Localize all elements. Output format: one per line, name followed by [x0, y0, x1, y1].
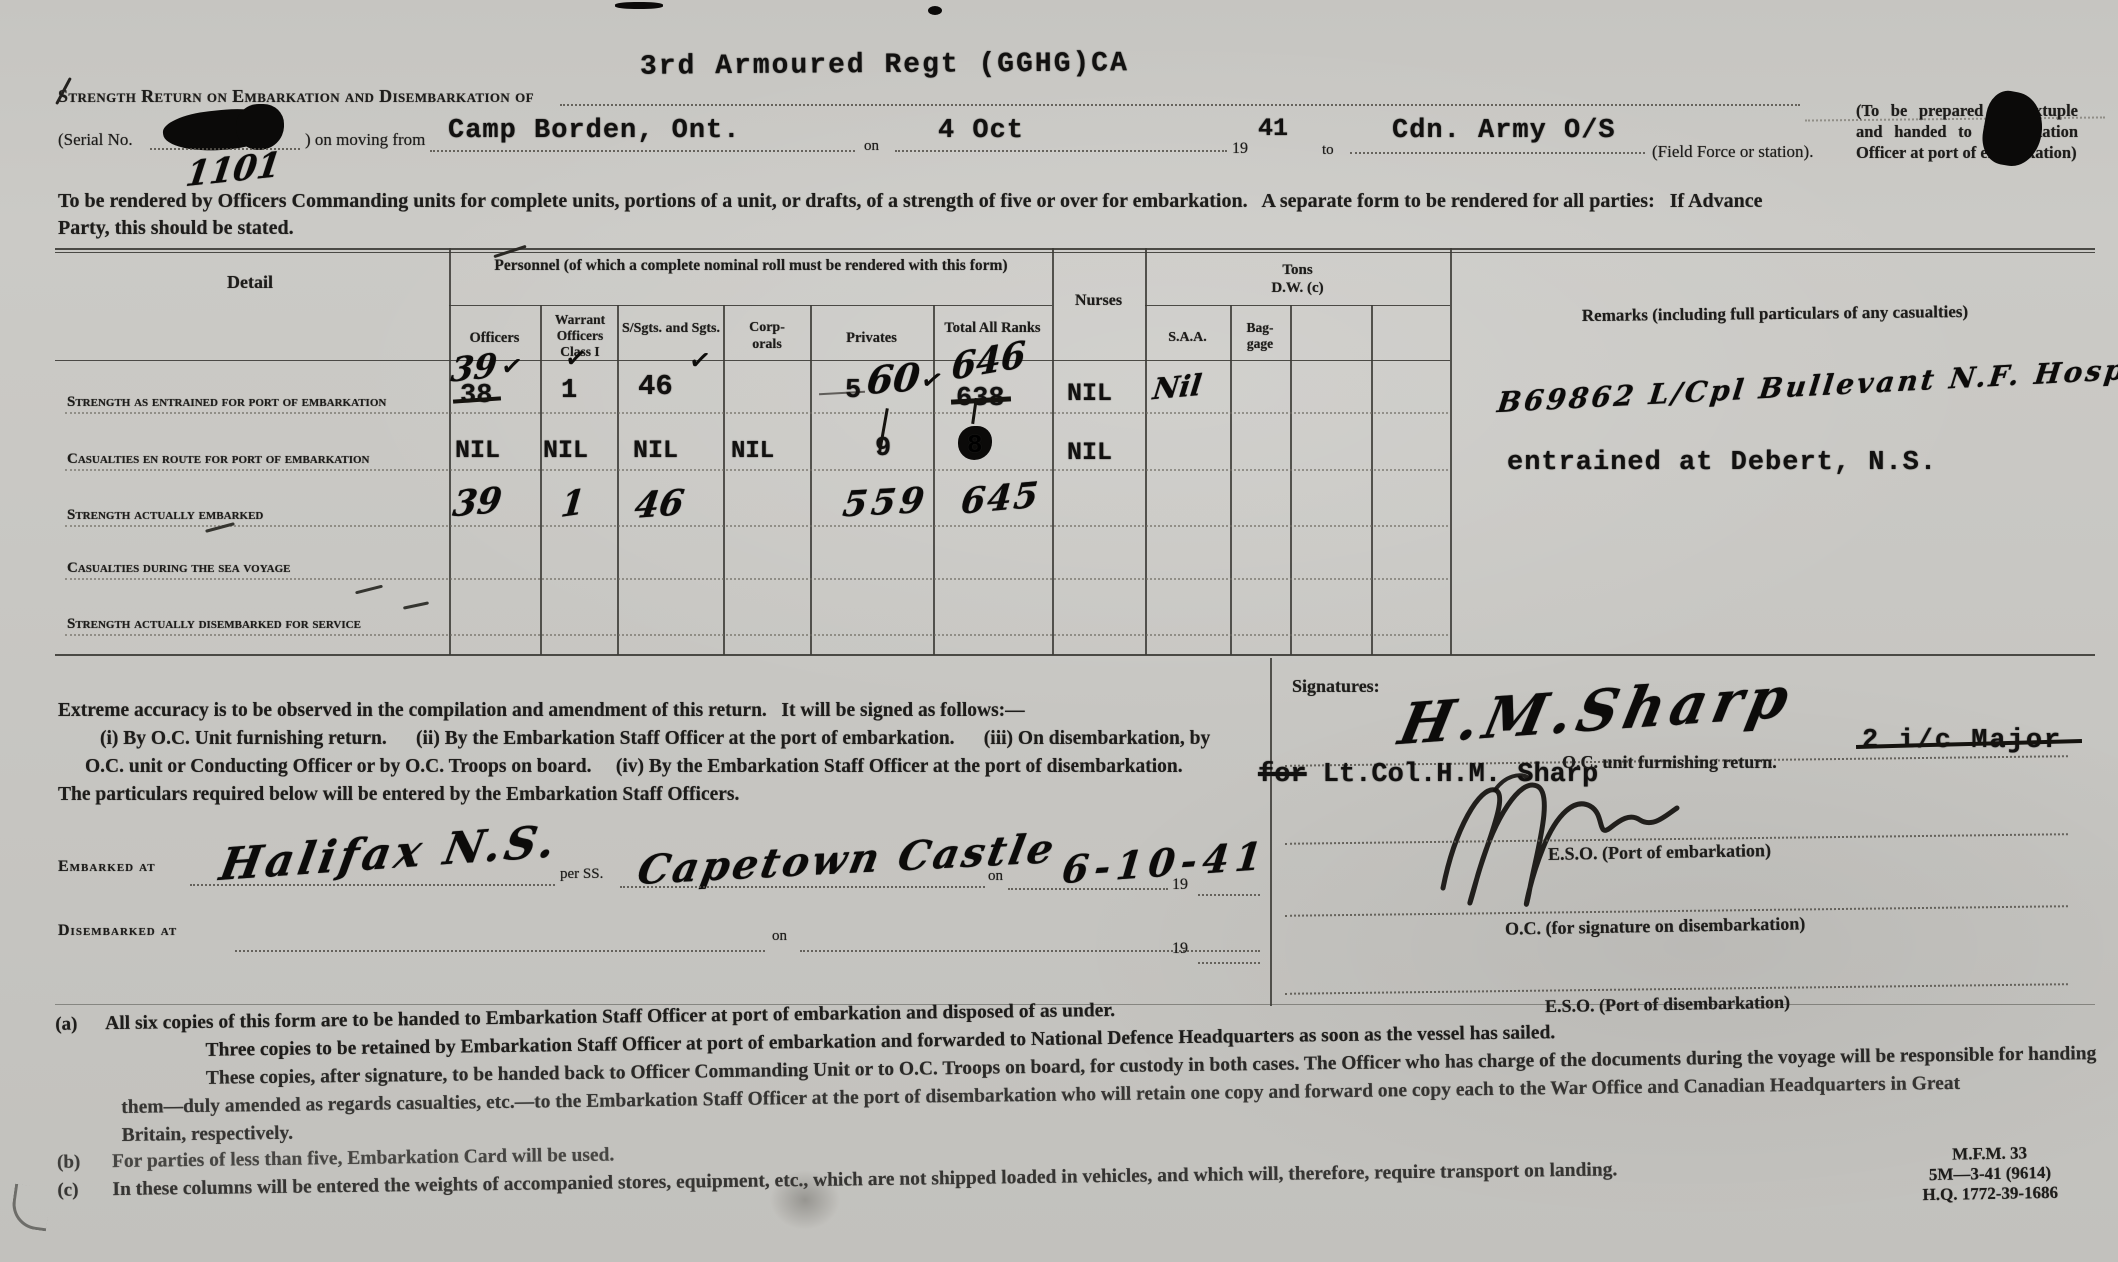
col-rule: [723, 305, 725, 655]
officers-header: Officers: [449, 330, 540, 347]
disembark-year-prefix: 19: [1172, 940, 1188, 958]
dotted-line: [1350, 152, 1645, 154]
total-casualties: 8: [967, 430, 983, 460]
subheader-rule: [55, 360, 1450, 361]
eso-disembark-label: E.S.O. (Port of disembarkation): [1545, 992, 1790, 1017]
form-imprint: M.F.M. 33 5M—3-41 (9614) H.Q. 1772-39-16…: [1889, 1142, 2090, 1205]
wo-entrained-typed: 1: [561, 376, 577, 406]
row-leader: [65, 578, 1448, 580]
col-rule: [1371, 305, 1373, 655]
row-label: Casualties during the sea voyage: [67, 560, 290, 577]
row-label: Strength actually embarked: [67, 507, 263, 524]
form-title: Strength Return on Embarkation and Disem…: [58, 86, 534, 107]
dotted-line: [150, 148, 300, 150]
scan-speck: [928, 6, 942, 15]
officers-embarked-hand: 39: [451, 480, 505, 526]
privates-embarked-hand: 559: [841, 480, 931, 526]
sgts-casualties: NIL: [633, 436, 678, 465]
officers-casualties: NIL: [455, 436, 500, 465]
pencil-smudge: [770, 1170, 840, 1230]
note-a-line-5: Britain, respectively.: [122, 1123, 294, 1147]
dotted-line: [560, 104, 1800, 106]
row-leader: [65, 634, 1448, 636]
tons-header-line1: Tons: [1145, 262, 1450, 279]
intro-line-2: Party, this should be stated.: [58, 217, 294, 240]
row-label: Strength actually disembarked for servic…: [67, 616, 361, 633]
serial-handwritten: 1101: [183, 145, 283, 196]
dotted-line: [235, 950, 765, 952]
total-embarked-hand: 645: [959, 474, 1041, 522]
corporals-header-line2: orals: [725, 337, 809, 353]
year-typed: 41: [1258, 114, 1288, 143]
nurses-casualties: NIL: [1067, 438, 1112, 467]
baggage-header-line2: gage: [1230, 336, 1290, 352]
disembark-on-label: on: [772, 928, 787, 945]
footnotes: (a) All six copies of this form are to b…: [40, 979, 2115, 1006]
scan-hook-mark: [9, 1184, 52, 1232]
disembarked-at-label: Disembarked at: [58, 922, 177, 940]
to-label: to: [1322, 142, 1334, 159]
col-rule: [810, 305, 812, 655]
for-struck-word: for: [1258, 760, 1307, 790]
serial-label: (Serial No.: [58, 130, 133, 150]
field-force-label: (Field Force or station).: [1652, 142, 1813, 162]
embark-on-label: on: [988, 868, 1003, 885]
baggage-header-line1: Bag-: [1230, 320, 1290, 336]
note-c-label: (c): [57, 1180, 78, 1202]
sextuple-note: (To be prepared in sextuple and handed t…: [1856, 100, 2078, 163]
saa-header: S.A.A.: [1145, 330, 1230, 346]
col-rule: [1230, 305, 1232, 655]
moving-from-label: ) on moving from: [305, 130, 425, 150]
table-top-rule2: [55, 252, 2095, 253]
accuracy-line-2: (i) By O.C. Unit furnishing return. (ii)…: [100, 728, 1210, 750]
privates-entrained-hand: 60: [865, 354, 923, 403]
corporals-casualties: NIL: [731, 438, 774, 465]
scanned-form-page: Strength Return on Embarkation and Disem…: [0, 0, 2118, 1262]
nurses-entrained: NIL: [1067, 379, 1112, 408]
total-header: Total All Ranks: [935, 320, 1050, 337]
note-b-label: (b): [57, 1151, 81, 1173]
year-prefix: 19: [1232, 140, 1248, 158]
note-b-text: For parties of less than five, Embarkati…: [112, 1144, 615, 1173]
dotted-line: [895, 150, 1227, 152]
dotted-line: [800, 950, 1260, 952]
privates-header: Privates: [810, 330, 933, 347]
embark-date-hand: 6-10-41: [1060, 833, 1270, 893]
per-ss-label: per SS.: [560, 866, 603, 883]
sgts-embarked-hand: 46: [632, 482, 686, 527]
destination-typed: Cdn. Army O/S: [1392, 116, 1616, 146]
embarked-at-label: Embarked at: [58, 858, 156, 876]
sgts-entrained-typed: 46: [638, 370, 673, 403]
embark-year-prefix: 19: [1172, 876, 1188, 894]
saa-entrained-hand: Nil: [1151, 368, 1204, 407]
dotted-line: [1198, 894, 1260, 896]
col-rule: [449, 248, 451, 655]
row-leader: [65, 469, 1448, 471]
remarks-typed-line: entrained at Debert, N.S.: [1507, 448, 1937, 478]
check-mark: ✓: [918, 364, 946, 398]
scan-speck: [615, 2, 663, 9]
intro-line-1: To be rendered by Officers Commanding un…: [58, 190, 1763, 213]
dotted-line: [190, 884, 555, 886]
officers-entrained-hand: 39: [449, 345, 499, 389]
remarks-header: Remarks (including full particulars of a…: [1475, 301, 2075, 327]
check-mark: ✓: [687, 345, 713, 378]
dotted-line: [1008, 888, 1168, 890]
remarks-hand-line: B69862 L/Cpl Bullevant N.F. Hospital Hal…: [1496, 342, 2118, 419]
dotted-line: [620, 886, 985, 888]
dotted-line: [430, 150, 855, 152]
row-leader: [65, 412, 1448, 414]
serial-blot: [236, 104, 284, 150]
unit-name-typed: 3rd Armoured Regt (GGHG)CA: [640, 48, 1129, 82]
dotted-line: [1198, 962, 1260, 964]
col-rule: [1145, 248, 1147, 655]
accuracy-line-3: O.C. unit or Conducting Officer or by O.…: [85, 756, 1183, 778]
row-leader: [65, 525, 1448, 527]
check-mark: ✓: [563, 343, 589, 376]
table-top-rule: [55, 248, 2095, 250]
pen-tick: [403, 601, 429, 609]
oc-disembark-label: O.C. (for signature on disembarkation): [1505, 913, 1806, 939]
accuracy-line-1: Extreme accuracy is to be observed in th…: [58, 700, 1025, 722]
strength-table: Detail Personnel (of which a complete no…: [55, 248, 2095, 657]
tons-header-rule: [1145, 305, 1450, 306]
wo-casualties: NIL: [543, 436, 588, 465]
moving-from-typed: Camp Borden, Ont.: [448, 116, 740, 146]
total-entrained-hand: 646: [951, 333, 1027, 389]
row-label: Casualties en route for port of embarkat…: [67, 451, 370, 468]
nurses-header: Nurses: [1052, 292, 1145, 310]
signatures-heading: Signatures:: [1292, 676, 1380, 697]
pen-tick: [355, 585, 383, 595]
row-label: Strength as entrained for port of embark…: [67, 394, 386, 411]
embark-place-hand: Halifax N.S.: [216, 816, 563, 891]
tons-header-line2: D.W. (c): [1145, 280, 1450, 297]
accuracy-line-4: The particulars required below will be e…: [58, 784, 739, 806]
detail-header: Detail: [115, 272, 385, 293]
on-label: on: [864, 138, 879, 155]
col-rule: [1450, 248, 1452, 655]
signatures-box-rule: [1270, 658, 1272, 1006]
wo-embarked-hand: 1: [559, 482, 587, 526]
note-a-label: (a): [55, 1014, 77, 1036]
col-rule: [933, 305, 935, 655]
col-rule: [617, 305, 619, 655]
personnel-header: Personnel (of which a complete nominal r…: [457, 256, 1045, 276]
imprint-line-3: H.Q. 1772-39-1686: [1890, 1182, 2090, 1205]
corporals-header-line1: Corp-: [725, 320, 809, 336]
table-bottom-rule: [55, 654, 2095, 656]
eso-embark-label: E.S.O. (Port of embarkation): [1548, 840, 1771, 865]
date-typed: 4 Oct: [938, 116, 1024, 146]
oc-signature: H.M.Sharp: [1393, 664, 1800, 759]
col-rule: [540, 305, 542, 655]
sgts-header: S/Sgts. and Sgts.: [621, 320, 721, 337]
col-rule: [1290, 305, 1292, 655]
check-mark: ✓: [499, 351, 525, 384]
